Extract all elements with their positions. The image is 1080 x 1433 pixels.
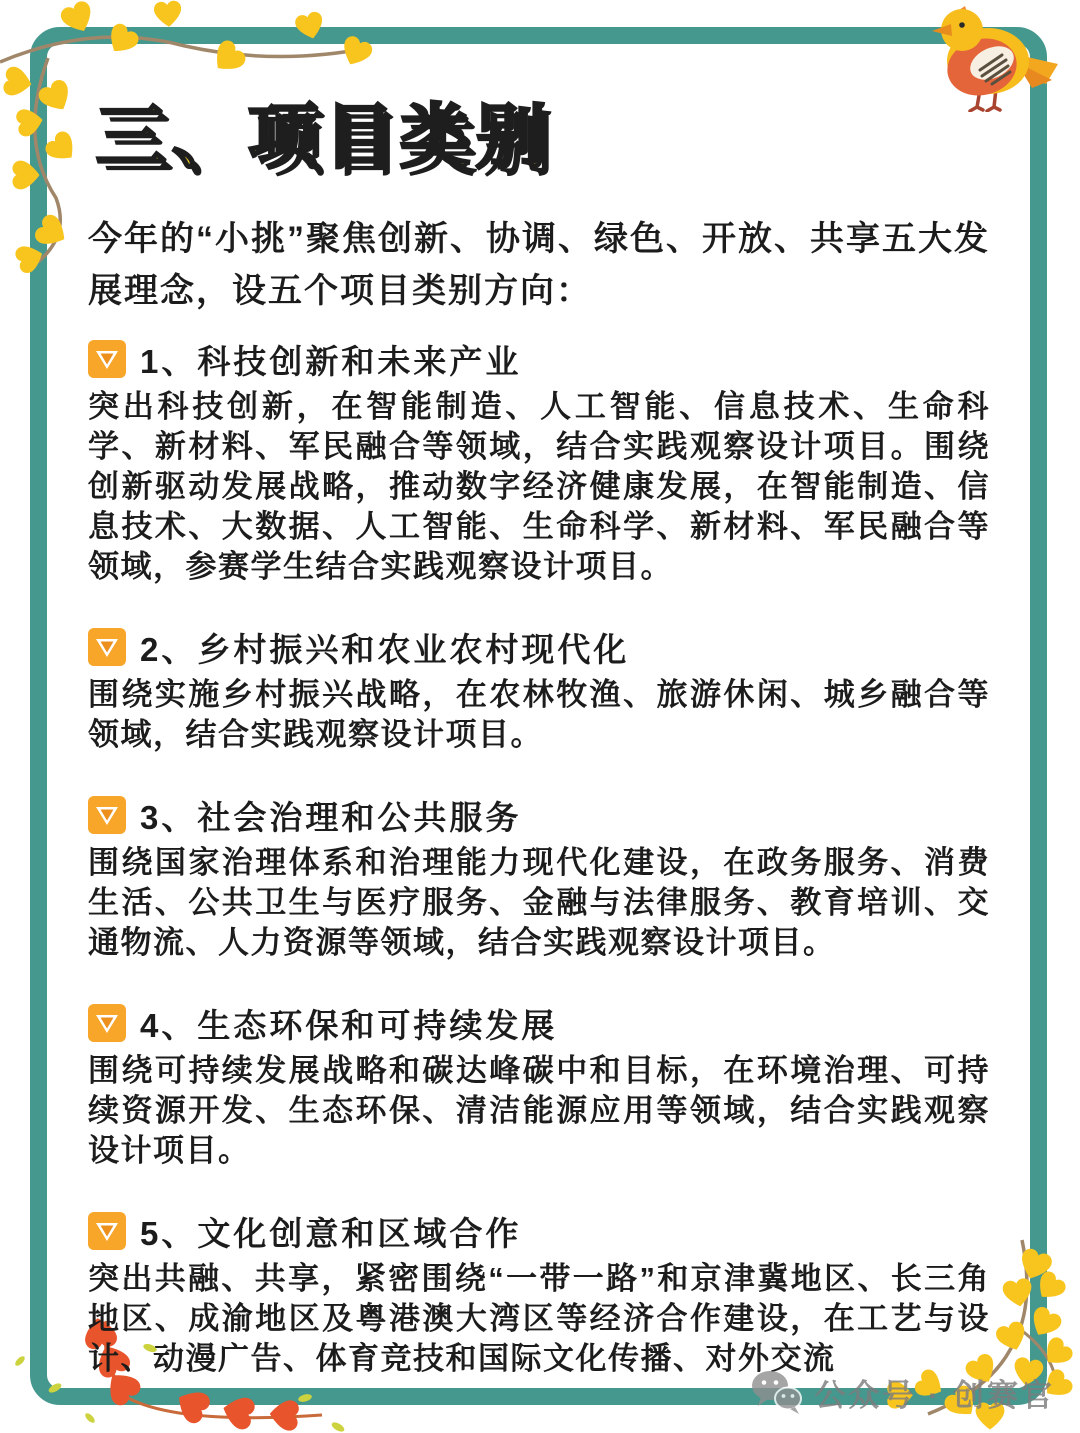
section-4-heading-row: 4、生态环保和可持续发展 [88,1001,990,1045]
triangle-down-icon [88,1212,126,1250]
section-2-heading-row: 2、乡村振兴和农业农村现代化 [88,625,990,669]
section-5: 5、文化创意和区域合作 突出共融、共享，紧密围绕“一带一路”和京津冀地区、长三角… [88,1209,990,1379]
content-area: 三、项目类别 今年的“小挑”聚焦创新、协调、绿色、开放、共享五大发展理念，设五个… [88,92,990,1379]
section-4: 4、生态环保和可持续发展 围绕可持续发展战略和碳达峰碳中和目标，在环境治理、可持… [88,1001,990,1171]
section-2: 2、乡村振兴和农业农村现代化 围绕实施乡村振兴战略，在农林牧渔、旅游休闲、城乡融… [88,625,990,755]
section-body: 围绕可持续发展战略和碳达峰碳中和目标，在环境治理、可持续资源开发、生态环保、清洁… [88,1051,990,1171]
page-title: 三、项目类别 [96,92,990,183]
triangle-down-icon [88,1004,126,1042]
watermark: 公众号 · 创赛官 [750,1369,1055,1415]
watermark-label: 公众号 · 创赛官 [814,1370,1055,1415]
section-body: 突出共融、共享，紧密围绕“一带一路”和京津冀地区、长三角地区、成渝地区及粤港澳大… [88,1259,990,1379]
section-body: 突出科技创新，在智能制造、人工智能、信息技术、生命科学、新材料、军民融合等领域，… [88,387,990,587]
section-1: 1、科技创新和未来产业 突出科技创新，在智能制造、人工智能、信息技术、生命科学、… [88,337,990,587]
intro-text: 今年的“小挑”聚焦创新、协调、绿色、开放、共享五大发展理念，设五个项目类别方向： [88,213,990,317]
wechat-icon [750,1369,802,1415]
triangle-down-icon [88,796,126,834]
section-body: 围绕实施乡村振兴战略，在农林牧渔、旅游休闲、城乡融合等领域，结合实践观察设计项目… [88,675,990,755]
poster-page: 三、项目类别 今年的“小挑”聚焦创新、协调、绿色、开放、共享五大发展理念，设五个… [0,0,1080,1433]
triangle-down-icon [88,340,126,378]
section-3-heading-row: 3、社会治理和公共服务 [88,793,990,837]
section-heading: 2、乡村振兴和农业农村现代化 [140,624,629,671]
section-body: 围绕国家治理体系和治理能力现代化建设，在政务服务、消费生活、公共卫生与医疗服务、… [88,843,990,963]
section-heading: 4、生态环保和可持续发展 [140,1000,557,1047]
triangle-down-icon [88,628,126,666]
section-heading: 3、社会治理和公共服务 [140,792,521,839]
section-3: 3、社会治理和公共服务 围绕国家治理体系和治理能力现代化建设，在政务服务、消费生… [88,793,990,963]
section-heading: 5、文化创意和区域合作 [140,1208,521,1255]
section-5-heading-row: 5、文化创意和区域合作 [88,1209,990,1253]
section-heading: 1、科技创新和未来产业 [140,336,521,383]
section-1-heading-row: 1、科技创新和未来产业 [88,337,990,381]
